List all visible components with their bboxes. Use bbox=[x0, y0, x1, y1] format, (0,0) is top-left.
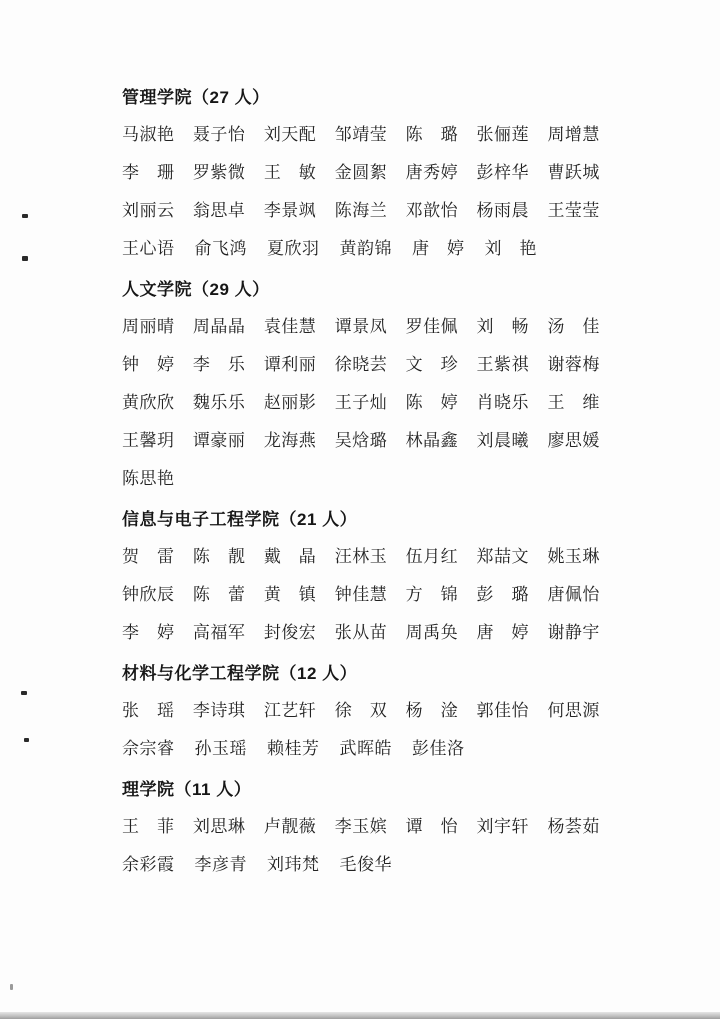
person-name: 江艺轩 bbox=[264, 692, 317, 730]
name-row: 张 瑶 李诗琪 江艺轩 徐 双 杨 淦 郭佳怡 何思源 bbox=[122, 692, 600, 730]
scanned-document-page: 管理学院（27 人） 马淑艳 聂子怡 刘天配 邹靖莹 陈 璐 张俪莲 周增慧 李… bbox=[0, 0, 720, 1019]
person-name: 何思源 bbox=[547, 692, 600, 730]
person-name: 彭佳洛 bbox=[412, 730, 465, 768]
person-name: 彭 璐 bbox=[477, 576, 530, 614]
name-row: 佘宗睿 孙玉瑶 赖桂芳 武晖皓 彭佳洛 bbox=[122, 730, 600, 768]
person-name: 卢靓薇 bbox=[264, 808, 317, 846]
person-name: 彭梓华 bbox=[477, 154, 530, 192]
person-name: 伍月红 bbox=[406, 538, 459, 576]
person-name: 谭 怡 bbox=[406, 808, 459, 846]
person-name: 武晖皓 bbox=[340, 730, 393, 768]
person-name: 佘宗睿 bbox=[122, 730, 175, 768]
person-name: 唐 婷 bbox=[412, 230, 465, 268]
section-materials-chemical-engineering-college: 材料与化学工程学院（12 人） 张 瑶 李诗琪 江艺轩 徐 双 杨 淦 郭佳怡 … bbox=[122, 664, 600, 768]
section-humanities-college: 人文学院（29 人） 周丽晴 周晶晶 袁佳慧 谭景凤 罗佳佩 刘 畅 汤 佳 钟… bbox=[122, 280, 600, 498]
person-name: 周增慧 bbox=[547, 116, 600, 154]
section-title: 材料与化学工程学院（12 人） bbox=[122, 664, 600, 684]
person-name: 钟 婷 bbox=[122, 346, 175, 384]
name-row: 刘丽云 翁思卓 李景飒 陈海兰 邓歆怡 杨雨晨 王莹莹 bbox=[122, 192, 600, 230]
person-name: 廖思媛 bbox=[547, 422, 600, 460]
person-name: 邓歆怡 bbox=[406, 192, 459, 230]
person-name: 刘玮梵 bbox=[267, 846, 320, 884]
person-name: 王 菲 bbox=[122, 808, 175, 846]
person-name: 高福军 bbox=[193, 614, 246, 652]
person-name: 李 珊 bbox=[122, 154, 175, 192]
person-name: 罗紫微 bbox=[193, 154, 246, 192]
person-name: 陈 婷 bbox=[406, 384, 459, 422]
person-name: 肖晓乐 bbox=[477, 384, 530, 422]
person-name: 贺 雷 bbox=[122, 538, 175, 576]
person-name: 魏乐乐 bbox=[193, 384, 246, 422]
person-name: 周晶晶 bbox=[193, 308, 246, 346]
person-name: 吴焓璐 bbox=[335, 422, 388, 460]
person-name: 谢蓉梅 bbox=[547, 346, 600, 384]
person-name: 刘天配 bbox=[264, 116, 317, 154]
person-name: 刘晨曦 bbox=[477, 422, 530, 460]
scan-edge-shadow bbox=[0, 1012, 720, 1019]
person-name: 谭豪丽 bbox=[193, 422, 246, 460]
person-name: 李彦青 bbox=[195, 846, 248, 884]
person-name: 徐晓芸 bbox=[335, 346, 388, 384]
scan-artifact-dot bbox=[24, 738, 29, 742]
person-name: 王 敏 bbox=[264, 154, 317, 192]
person-name: 方 锦 bbox=[406, 576, 459, 614]
name-row: 周丽晴 周晶晶 袁佳慧 谭景凤 罗佳佩 刘 畅 汤 佳 bbox=[122, 308, 600, 346]
name-row: 王 菲 刘思琳 卢靓薇 李玉嫔 谭 怡 刘宇轩 杨荟茹 bbox=[122, 808, 600, 846]
person-name: 戴 晶 bbox=[264, 538, 317, 576]
person-name: 刘丽云 bbox=[122, 192, 175, 230]
section-science-college: 理学院（11 人） 王 菲 刘思琳 卢靓薇 李玉嫔 谭 怡 刘宇轩 杨荟茹 余彩… bbox=[122, 780, 600, 884]
person-name: 黄 镇 bbox=[264, 576, 317, 614]
person-name: 钟佳慧 bbox=[335, 576, 388, 614]
scan-artifact-dot bbox=[21, 691, 27, 695]
person-name: 余彩霞 bbox=[122, 846, 175, 884]
person-name: 王紫祺 bbox=[477, 346, 530, 384]
person-name: 曹跃城 bbox=[547, 154, 600, 192]
person-name: 孙玉瑶 bbox=[195, 730, 248, 768]
person-name: 姚玉琳 bbox=[547, 538, 600, 576]
scan-artifact-dot bbox=[22, 256, 28, 261]
name-list-content: 管理学院（27 人） 马淑艳 聂子怡 刘天配 邹靖莹 陈 璐 张俪莲 周增慧 李… bbox=[122, 88, 600, 884]
name-row: 陈思艳 bbox=[122, 460, 600, 498]
scan-artifact-dot bbox=[22, 214, 28, 218]
person-name: 金圆絮 bbox=[335, 154, 388, 192]
person-name: 封俊宏 bbox=[264, 614, 317, 652]
person-name: 唐 婷 bbox=[477, 614, 530, 652]
person-name: 罗佳佩 bbox=[406, 308, 459, 346]
section-rows: 张 瑶 李诗琪 江艺轩 徐 双 杨 淦 郭佳怡 何思源 佘宗睿 孙玉瑶 赖桂芳 … bbox=[122, 692, 600, 768]
person-name: 翁思卓 bbox=[193, 192, 246, 230]
person-name: 文 珍 bbox=[406, 346, 459, 384]
person-name: 俞飞鸿 bbox=[195, 230, 248, 268]
section-rows: 周丽晴 周晶晶 袁佳慧 谭景凤 罗佳佩 刘 畅 汤 佳 钟 婷 李 乐 谭利丽 … bbox=[122, 308, 600, 498]
person-name: 刘思琳 bbox=[193, 808, 246, 846]
section-title: 管理学院（27 人） bbox=[122, 88, 600, 108]
section-rows: 贺 雷 陈 靓 戴 晶 汪林玉 伍月红 郑喆文 姚玉琳 钟欣辰 陈 蕾 黄 镇 … bbox=[122, 538, 600, 652]
person-name: 夏欣羽 bbox=[267, 230, 320, 268]
person-name: 龙海燕 bbox=[264, 422, 317, 460]
person-name: 邹靖莹 bbox=[335, 116, 388, 154]
person-name: 刘 畅 bbox=[477, 308, 530, 346]
person-name: 钟欣辰 bbox=[122, 576, 175, 614]
name-row: 马淑艳 聂子怡 刘天配 邹靖莹 陈 璐 张俪莲 周增慧 bbox=[122, 116, 600, 154]
person-name: 唐佩怡 bbox=[547, 576, 600, 614]
person-name: 杨荟茹 bbox=[547, 808, 600, 846]
section-title: 人文学院（29 人） bbox=[122, 280, 600, 300]
name-row: 王心语 俞飞鸿 夏欣羽 黄韵锦 唐 婷 刘 艳 bbox=[122, 230, 600, 268]
person-name: 黄欣欣 bbox=[122, 384, 175, 422]
person-name: 刘宇轩 bbox=[477, 808, 530, 846]
person-name: 王 维 bbox=[547, 384, 600, 422]
person-name: 陈 璐 bbox=[406, 116, 459, 154]
person-name: 林晶鑫 bbox=[406, 422, 459, 460]
person-name: 郭佳怡 bbox=[477, 692, 530, 730]
person-name: 王子灿 bbox=[335, 384, 388, 422]
name-row: 钟欣辰 陈 蕾 黄 镇 钟佳慧 方 锦 彭 璐 唐佩怡 bbox=[122, 576, 600, 614]
person-name: 谢静宇 bbox=[547, 614, 600, 652]
person-name: 陈 蕾 bbox=[193, 576, 246, 614]
person-name: 杨 淦 bbox=[406, 692, 459, 730]
name-row: 黄欣欣 魏乐乐 赵丽影 王子灿 陈 婷 肖晓乐 王 维 bbox=[122, 384, 600, 422]
person-name: 郑喆文 bbox=[477, 538, 530, 576]
person-name: 陈 靓 bbox=[193, 538, 246, 576]
person-name: 张 瑶 bbox=[122, 692, 175, 730]
section-information-electronic-engineering-college: 信息与电子工程学院（21 人） 贺 雷 陈 靓 戴 晶 汪林玉 伍月红 郑喆文 … bbox=[122, 510, 600, 652]
person-name: 汤 佳 bbox=[547, 308, 600, 346]
section-title: 信息与电子工程学院（21 人） bbox=[122, 510, 600, 530]
person-name: 杨雨晨 bbox=[477, 192, 530, 230]
scan-artifact-dot bbox=[10, 984, 13, 990]
section-rows: 王 菲 刘思琳 卢靓薇 李玉嫔 谭 怡 刘宇轩 杨荟茹 余彩霞 李彦青 刘玮梵 … bbox=[122, 808, 600, 884]
person-name: 张从苗 bbox=[335, 614, 388, 652]
name-row: 钟 婷 李 乐 谭利丽 徐晓芸 文 珍 王紫祺 谢蓉梅 bbox=[122, 346, 600, 384]
section-management-college: 管理学院（27 人） 马淑艳 聂子怡 刘天配 邹靖莹 陈 璐 张俪莲 周增慧 李… bbox=[122, 88, 600, 268]
person-name: 毛俊华 bbox=[340, 846, 393, 884]
name-row: 贺 雷 陈 靓 戴 晶 汪林玉 伍月红 郑喆文 姚玉琳 bbox=[122, 538, 600, 576]
person-name: 袁佳慧 bbox=[264, 308, 317, 346]
person-name: 刘 艳 bbox=[485, 230, 538, 268]
person-name: 王馨玥 bbox=[122, 422, 175, 460]
person-name: 张俪莲 bbox=[477, 116, 530, 154]
person-name: 李 乐 bbox=[193, 346, 246, 384]
person-name: 汪林玉 bbox=[335, 538, 388, 576]
person-name: 周禹奂 bbox=[406, 614, 459, 652]
person-name: 李 婷 bbox=[122, 614, 175, 652]
name-row: 余彩霞 李彦青 刘玮梵 毛俊华 bbox=[122, 846, 600, 884]
name-row: 李 婷 高福军 封俊宏 张从苗 周禹奂 唐 婷 谢静宇 bbox=[122, 614, 600, 652]
person-name: 陈海兰 bbox=[335, 192, 388, 230]
person-name: 谭利丽 bbox=[264, 346, 317, 384]
person-name: 赖桂芳 bbox=[267, 730, 320, 768]
person-name: 聂子怡 bbox=[193, 116, 246, 154]
person-name: 徐 双 bbox=[335, 692, 388, 730]
person-name: 陈思艳 bbox=[122, 460, 175, 498]
person-name: 唐秀婷 bbox=[406, 154, 459, 192]
person-name: 王莹莹 bbox=[547, 192, 600, 230]
name-row: 王馨玥 谭豪丽 龙海燕 吴焓璐 林晶鑫 刘晨曦 廖思媛 bbox=[122, 422, 600, 460]
person-name: 黄韵锦 bbox=[340, 230, 393, 268]
person-name: 谭景凤 bbox=[335, 308, 388, 346]
person-name: 赵丽影 bbox=[264, 384, 317, 422]
section-title: 理学院（11 人） bbox=[122, 780, 600, 800]
name-row: 李 珊 罗紫微 王 敏 金圆絮 唐秀婷 彭梓华 曹跃城 bbox=[122, 154, 600, 192]
section-rows: 马淑艳 聂子怡 刘天配 邹靖莹 陈 璐 张俪莲 周增慧 李 珊 罗紫微 王 敏 … bbox=[122, 116, 600, 268]
person-name: 李诗琪 bbox=[193, 692, 246, 730]
person-name: 马淑艳 bbox=[122, 116, 175, 154]
person-name: 李玉嫔 bbox=[335, 808, 388, 846]
person-name: 王心语 bbox=[122, 230, 175, 268]
person-name: 李景飒 bbox=[264, 192, 317, 230]
person-name: 周丽晴 bbox=[122, 308, 175, 346]
